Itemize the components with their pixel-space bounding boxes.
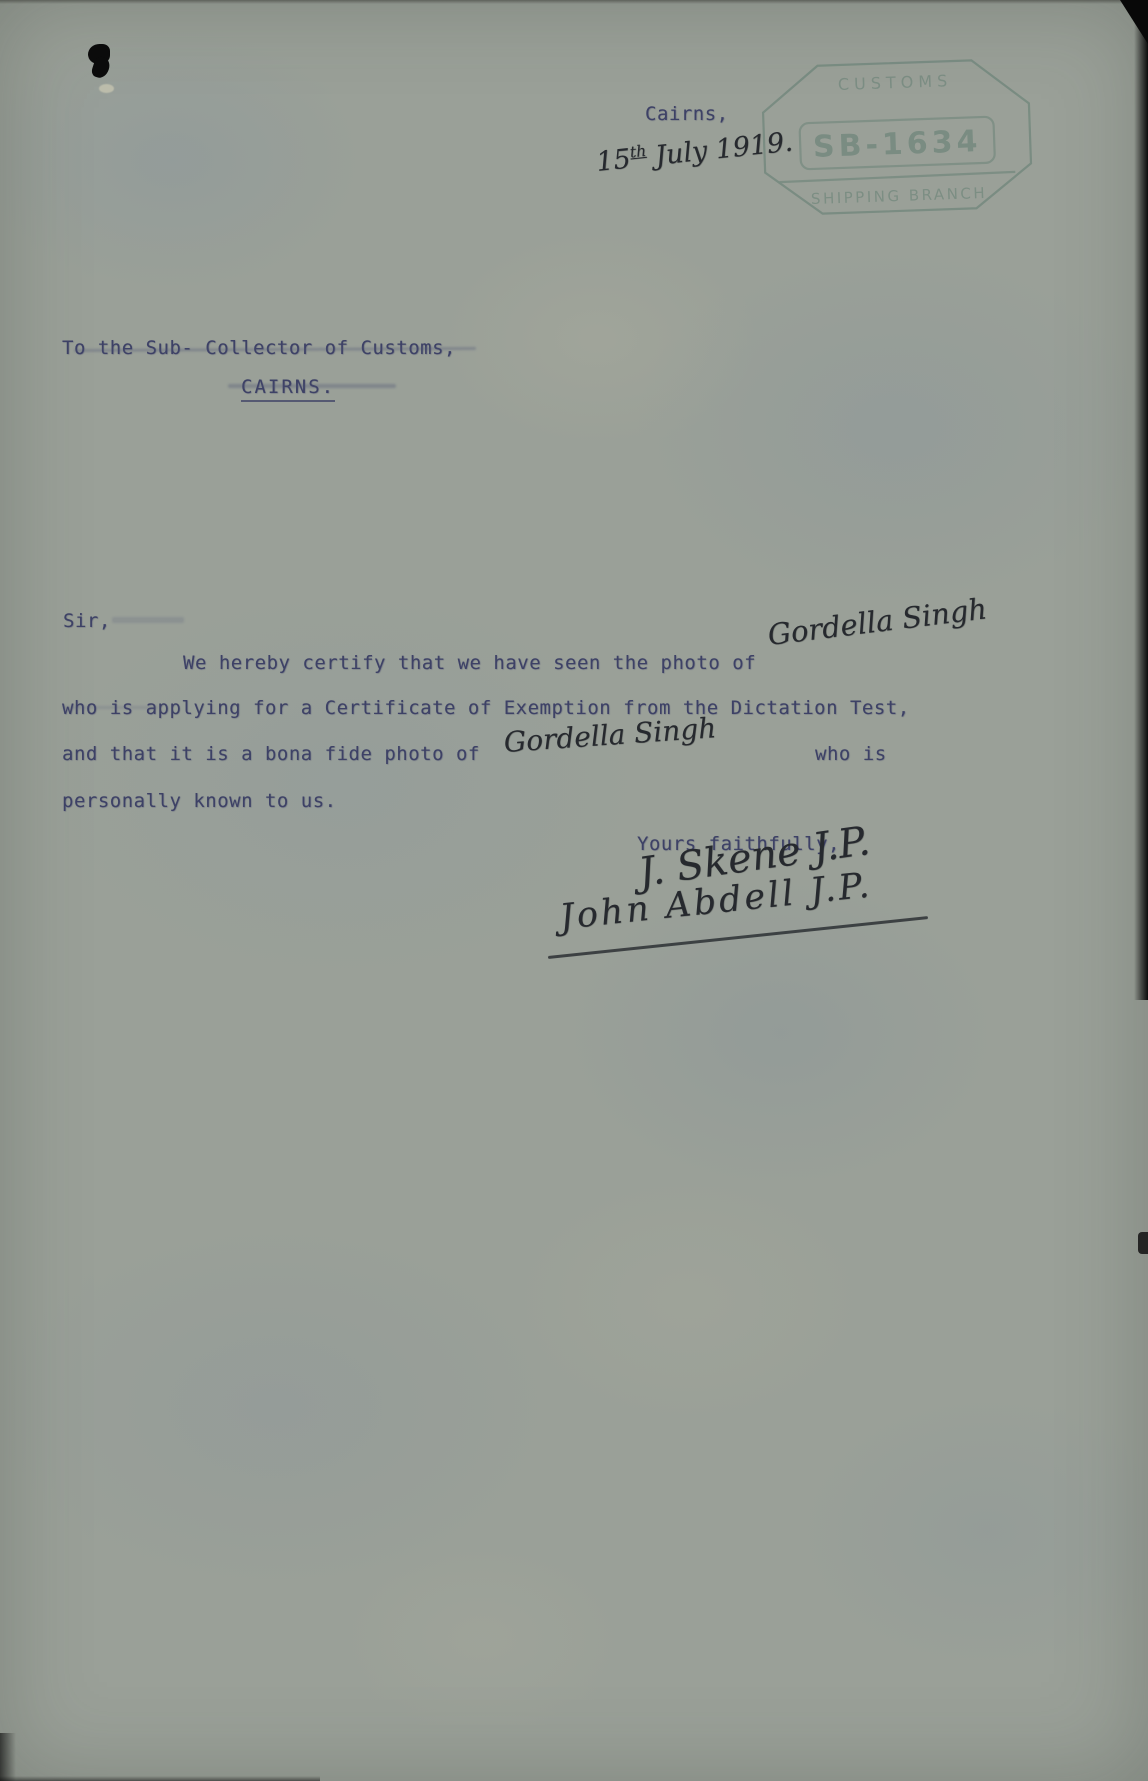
stamp-top-text: CUSTOMS — [838, 71, 953, 94]
customs-stamp: CUSTOMS SB-1634 SHIPPING BRANCH — [755, 53, 1038, 221]
stamp-bottom-text: SHIPPING BRANCH — [811, 184, 988, 208]
date-day: 15 — [595, 144, 632, 178]
scan-edge-bottom — [0, 1776, 320, 1781]
handwritten-name-1: Gordella Singh — [766, 591, 989, 652]
body-line-3: and that it is a bona fide photo of — [62, 743, 480, 765]
body-line-4: personally known to us. — [62, 790, 337, 812]
date-ordinal: th — [629, 141, 647, 162]
letter-page: CUSTOMS SB-1634 SHIPPING BRANCH Cairns, … — [0, 0, 1148, 1781]
body-line-2: who is applying for a Certificate of Exe… — [62, 697, 910, 719]
stamp-number: SB-1634 — [812, 124, 982, 165]
body-line-3-tail: who is — [815, 743, 887, 765]
ink-smear-salutation — [112, 617, 184, 623]
scan-edge-top — [0, 0, 1148, 4]
ink-blot — [88, 44, 110, 64]
scan-edge-right — [1134, 0, 1148, 1000]
paper-flaw-spot — [99, 84, 114, 93]
pencil-strike-cairns — [228, 384, 396, 388]
place-line: Cairns, — [645, 103, 729, 125]
stamp-rule-line — [779, 172, 1015, 182]
body-line-1: We hereby certify that we have seen the … — [183, 652, 756, 674]
scan-corner-bottom-left — [0, 1733, 16, 1781]
ink-smear-line-2 — [62, 706, 158, 709]
salutation: Sir, — [63, 610, 111, 632]
address-line-2: CAIRNS. — [241, 376, 335, 402]
scan-nick-right — [1138, 1232, 1148, 1254]
